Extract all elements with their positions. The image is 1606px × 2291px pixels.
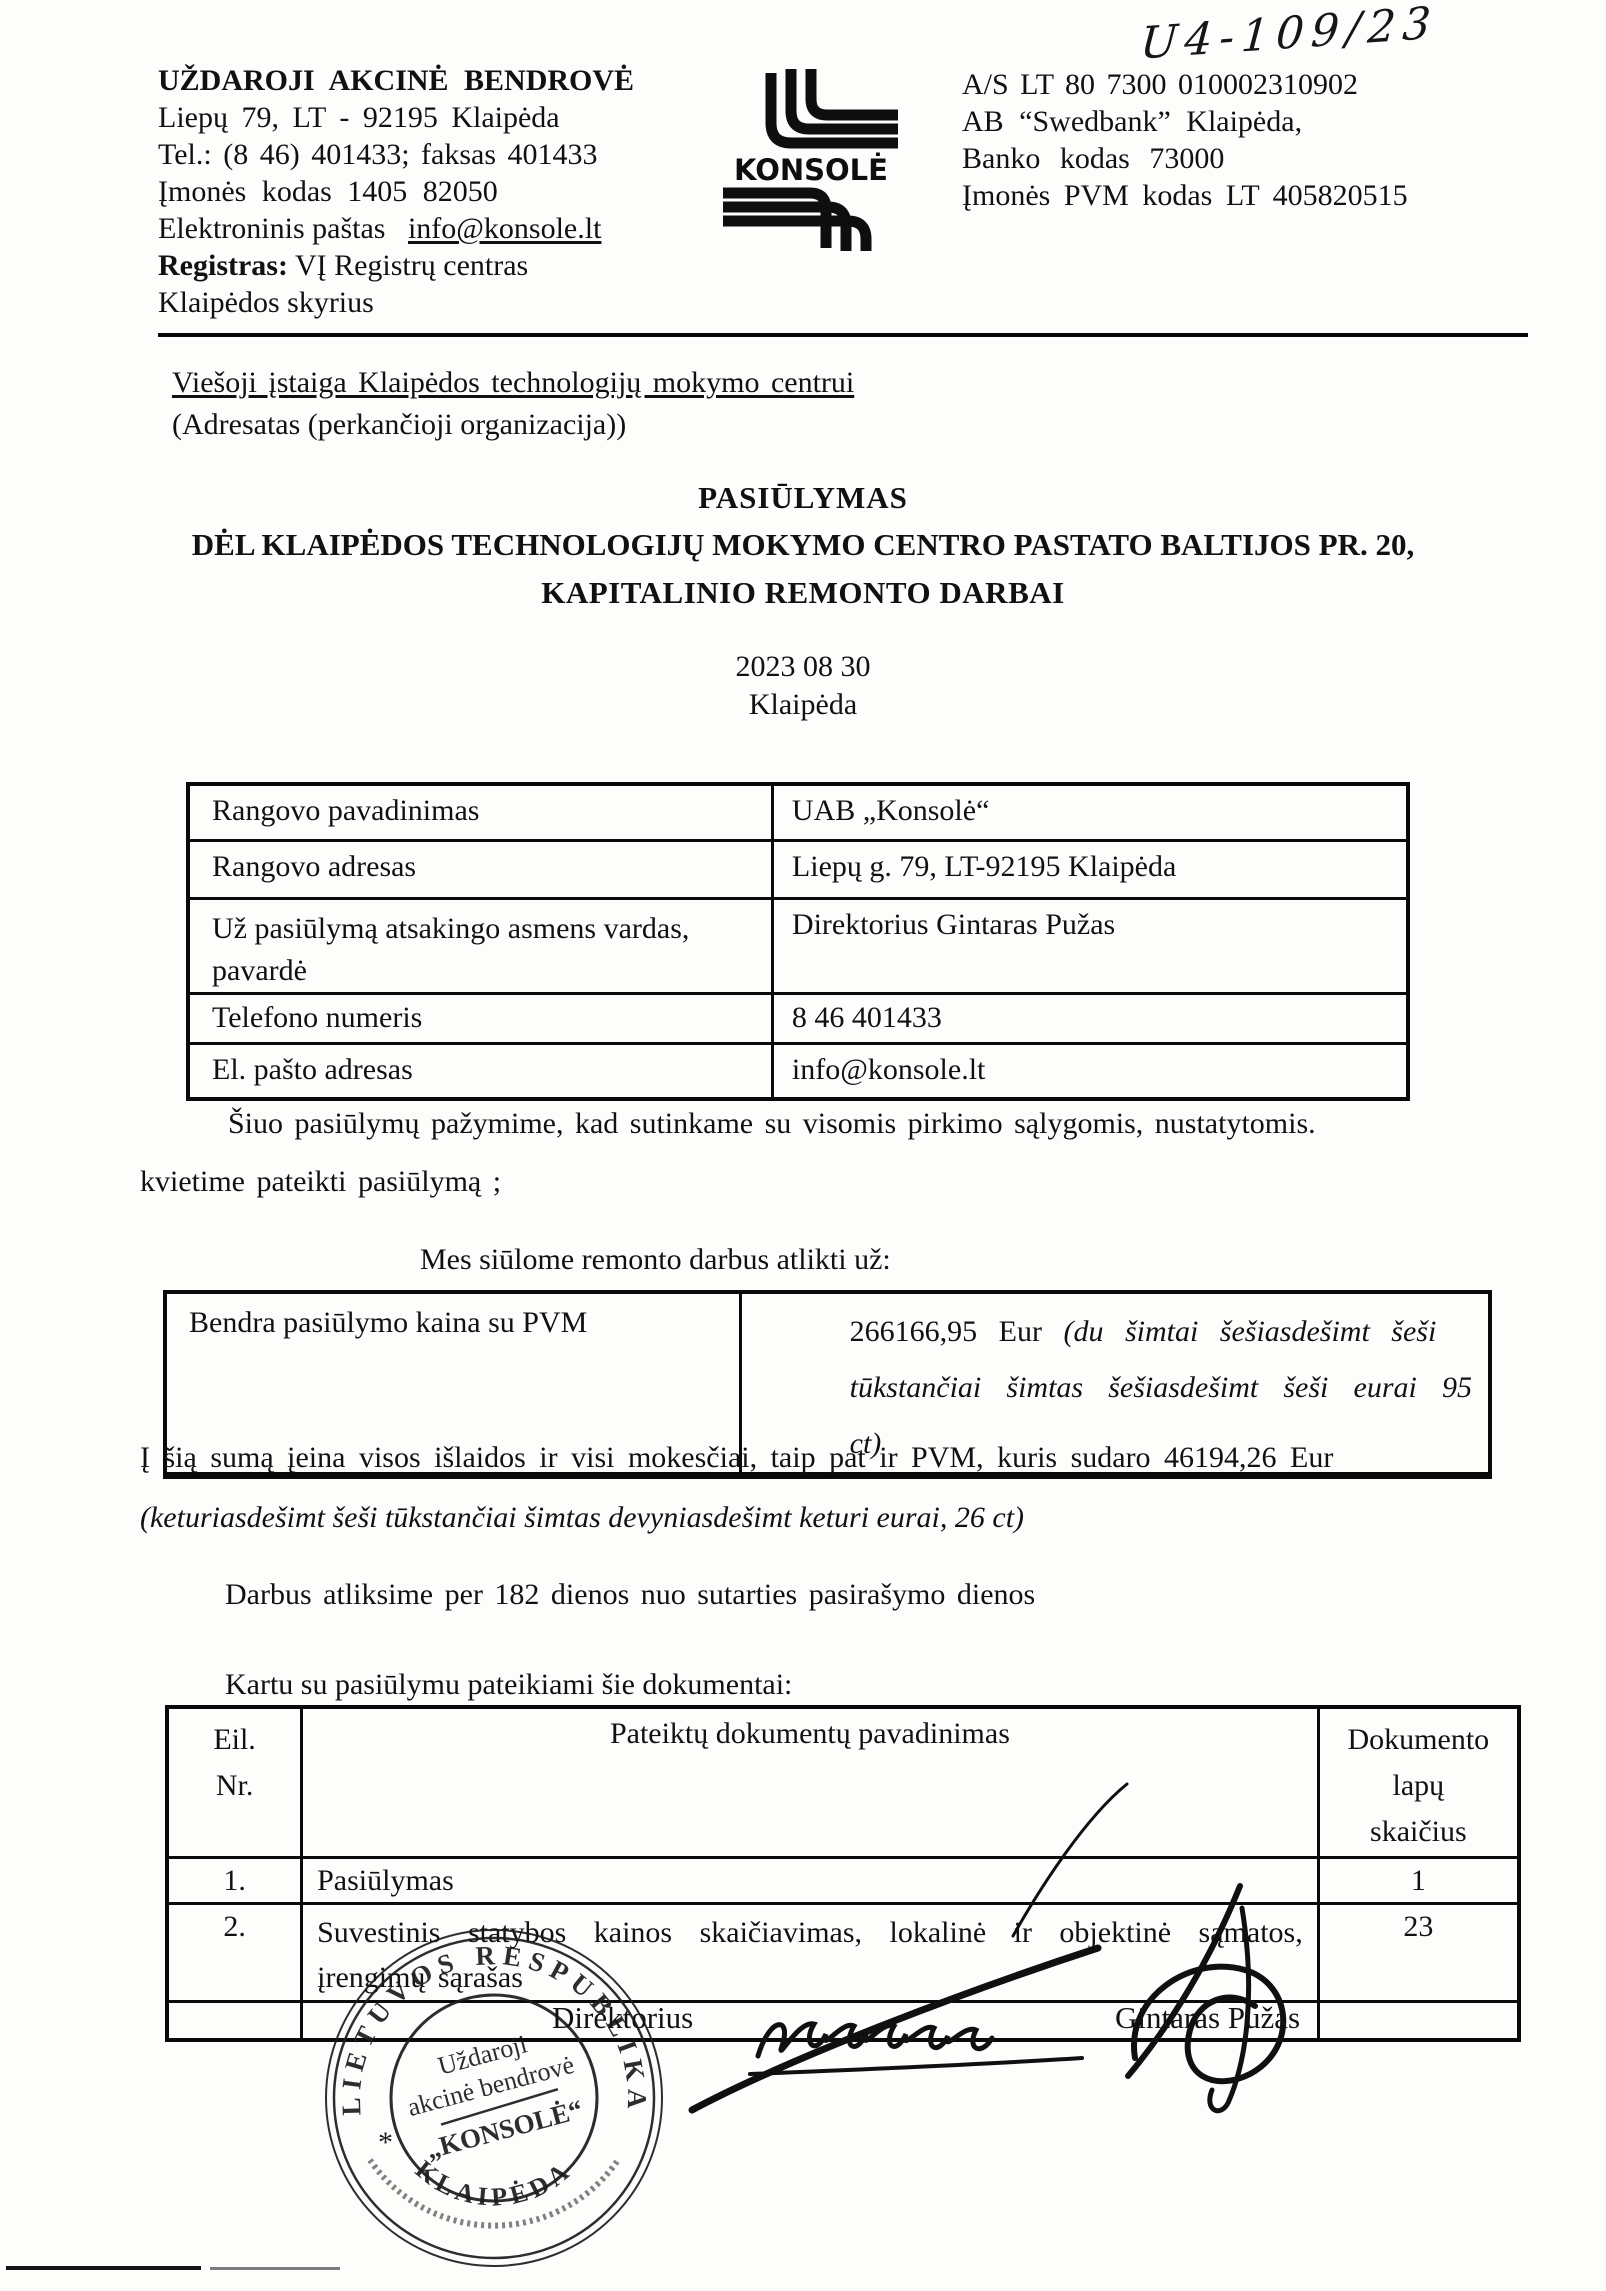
logo-text: KONSOLĖ <box>734 153 888 187</box>
offer-intro-line: Mes siūlome remonto darbus atlikti už: <box>420 1243 891 1277</box>
registry-value: VĮ Registrų centras <box>295 249 528 282</box>
company-header-block: UŽDAROJI AKCINĖ BENDROVĖ Liepų 79, LT - … <box>158 62 778 321</box>
company-code: Įmonės kodas 1405 82050 <box>158 173 778 210</box>
registry-branch: Klaipėdos skyrius <box>158 284 778 321</box>
info-value: 8 46 401433 <box>772 993 1408 1043</box>
doc-row-nr: 1. <box>167 1858 302 1904</box>
vat-words: (keturiasdešimt šeši tūkstančiai šimtas … <box>140 1501 1024 1534</box>
addressee-block: Viešoji įstaiga Klaipėdos technologijų m… <box>172 362 854 446</box>
table-row: Rangovo pavadinimas UAB „Konsolė“ <box>188 784 1408 840</box>
info-value: info@konsole.lt <box>772 1043 1408 1099</box>
company-email-line: Elektroninis paštas info@konsole.lt <box>158 210 778 247</box>
bank-name: AB “Swedbank” Klaipėda, <box>962 103 1522 140</box>
agreement-paragraph: Šiuo pasiūlymų pažymime, kad sutinkame s… <box>140 1095 1540 1211</box>
document-subtitle-1: DĖL KLAIPĖDOS TECHNOLOGIJŲ MOKYMO CENTRO… <box>0 527 1606 563</box>
company-phone: Tel.: (8 46) 401433; faksas 401433 <box>158 136 778 173</box>
company-vat-code: Įmonės PVM kodas LT 405820515 <box>962 177 1522 214</box>
price-words-line-1: (du šimtai šešiasdešimt šeši <box>1063 1315 1436 1348</box>
table-row: Už pasiūlymą atsakingo asmens vardas, pa… <box>188 898 1408 993</box>
vat-paragraph: Į šią sumą įeina visos išlaidos ir visi … <box>140 1428 1540 1548</box>
empty-cell <box>167 2002 302 2040</box>
stamp-star: * <box>378 2126 393 2159</box>
registry-label: Registras: <box>158 249 288 282</box>
duration-line: Darbus atliksime per 182 dienos nuo suta… <box>225 1578 1035 1612</box>
agreement-line-1: Šiuo pasiūlymų pažymime, kad sutinkame s… <box>228 1107 1316 1140</box>
info-label: Telefono numeris <box>188 993 772 1043</box>
signer-name: Gintaras Pužas <box>1115 2000 1300 2036</box>
document-title: PASIŪLYMAS <box>0 480 1606 516</box>
contractor-info-table: Rangovo pavadinimas UAB „Konsolė“ Rangov… <box>186 782 1410 1101</box>
info-label: Rangovo pavadinimas <box>188 784 772 840</box>
doc-row-nr: 2. <box>167 1904 302 2002</box>
company-email: info@konsole.lt <box>408 212 601 245</box>
addressee-name: Viešoji įstaiga Klaipėdos technologijų m… <box>172 362 854 404</box>
bank-account: A/S LT 80 7300 010002310902 <box>962 66 1522 103</box>
info-label: Už pasiūlymą atsakingo asmens vardas, pa… <box>188 898 772 993</box>
email-label: Elektroninis paštas <box>158 212 385 245</box>
table-row: Telefono numeris 8 46 401433 <box>188 993 1408 1043</box>
handwritten-ref-number: U4-109/23 <box>1139 0 1606 70</box>
document-date: 2023 08 30 <box>0 650 1606 684</box>
header-divider <box>158 333 1528 337</box>
company-registry-line: Registras: VĮ Registrų centras <box>158 247 778 284</box>
info-value: Liepų g. 79, LT-92195 Klaipėda <box>772 840 1408 898</box>
document-city: Klaipėda <box>0 688 1606 722</box>
company-legal-form: UŽDAROJI AKCINĖ BENDROVĖ <box>158 62 778 99</box>
company-stamp: LIETUVOS RESPUBLIKA KLAIPĖDA * Uždaroji … <box>318 1922 670 2274</box>
signer-role: Direktorius <box>552 2000 693 2036</box>
signature-scribble <box>630 1758 1350 2118</box>
bank-code: Banko kodas 73000 <box>962 140 1522 177</box>
vat-line: Į šią sumą įeina visos išlaidos ir visi … <box>140 1441 1333 1474</box>
info-label: Rangovo adresas <box>188 840 772 898</box>
info-label: El. pašto adresas <box>188 1043 772 1099</box>
documents-intro-line: Kartu su pasiūlymu pateikiami šie dokume… <box>225 1668 792 1702</box>
company-address: Liepų 79, LT - 92195 Klaipėda <box>158 99 778 136</box>
agreement-line-2: kvietime pateikti pasiūlymą ; <box>140 1165 501 1198</box>
header-col-nr: Eil. Nr. <box>167 1707 302 1858</box>
scanned-document-page: U4-109/23 UŽDAROJI AKCINĖ BENDROVĖ Liepų… <box>0 0 1606 2291</box>
info-value: UAB „Konsolė“ <box>772 784 1408 840</box>
table-row: Rangovo adresas Liepų g. 79, LT-92195 Kl… <box>188 840 1408 898</box>
price-amount: 266166,95 Eur <box>850 1315 1042 1348</box>
addressee-note: (Adresatas (perkančioji organizacija)) <box>172 404 854 446</box>
bank-details-block: A/S LT 80 7300 010002310902 AB “Swedbank… <box>962 66 1522 214</box>
table-row: El. pašto adresas info@konsole.lt <box>188 1043 1408 1099</box>
scan-artifact-line <box>6 2266 201 2270</box>
info-value: Direktorius Gintaras Pužas <box>772 898 1408 993</box>
document-subtitle-2: KAPITALINIO REMONTO DARBAI <box>0 575 1606 611</box>
konsole-logo: KONSOLĖ <box>723 66 898 251</box>
